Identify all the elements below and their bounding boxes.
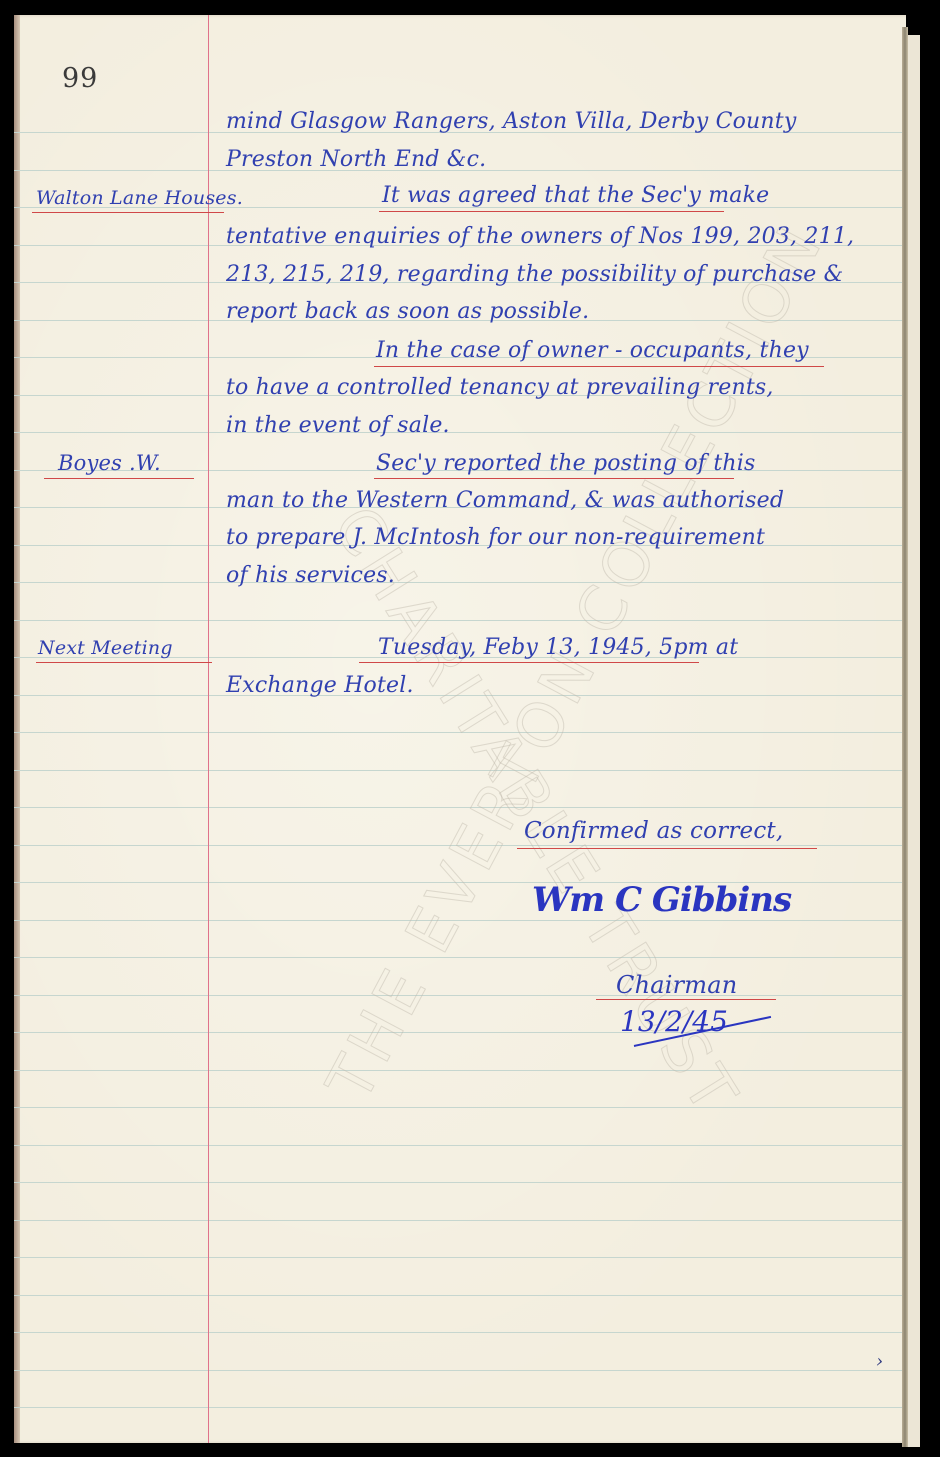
entry-line: to prepare J. McIntosh for our non-requi… xyxy=(226,527,765,549)
side-heading-walton-lane-houses: Walton Lane Houses. xyxy=(36,189,243,208)
entry-line: mind Glasgow Rangers, Aston Villa, Derby… xyxy=(226,111,796,133)
entry-underline xyxy=(379,211,724,212)
entry-underline xyxy=(359,662,699,663)
rule-line xyxy=(14,920,902,921)
rule-line xyxy=(14,1257,902,1258)
rule-line xyxy=(14,1370,902,1371)
entry-line: to have a controlled tenancy at prevaili… xyxy=(226,377,774,399)
rule-line xyxy=(14,695,902,696)
entry-line: of his services. xyxy=(226,565,395,587)
entry-line: Preston North End &c. xyxy=(226,149,486,171)
entry-line: Exchange Hotel. xyxy=(226,675,414,697)
rule-line xyxy=(14,582,902,583)
side-heading-underline xyxy=(32,212,224,213)
chairman-underline xyxy=(596,999,776,1000)
rule-line xyxy=(14,620,902,621)
rule-line xyxy=(14,1070,902,1071)
rule-line xyxy=(14,957,902,958)
entry-line: Sec'y reported the posting of this xyxy=(376,453,755,475)
entry-line: tentative enquiries of the owners of Nos… xyxy=(226,226,854,248)
rule-line xyxy=(14,995,902,996)
stray-ink-mark: › xyxy=(876,1351,883,1372)
entry-line: Tuesday, Feby 13, 1945, 5pm at xyxy=(378,637,738,659)
chairman-title: Chairman xyxy=(616,973,737,997)
confirmation-text: Confirmed as correct, xyxy=(524,820,783,843)
rule-line xyxy=(14,807,902,808)
page-number: 99 xyxy=(62,63,98,94)
rule-line xyxy=(14,732,902,733)
entry-underline xyxy=(374,366,824,367)
entry-line: It was agreed that the Sec'y make xyxy=(382,185,769,207)
rule-line xyxy=(14,1407,902,1408)
rule-line xyxy=(14,1107,902,1108)
confirmation-underline xyxy=(517,848,817,849)
watermark: THE EVERTON COLLECTION CHARITABLE TRUST xyxy=(124,445,884,1145)
side-heading-underline xyxy=(36,662,212,663)
entry-line: in the event of sale. xyxy=(226,415,450,437)
entry-line: In the case of owner - occupants, they xyxy=(376,340,809,362)
side-heading-underline xyxy=(44,478,194,479)
chairman-signature: Wm C Gibbins xyxy=(532,880,791,920)
rule-line xyxy=(14,1220,902,1221)
entry-line: man to the Western Command, & was author… xyxy=(226,490,784,512)
entry-line: 213, 215, 219, regarding the possibility… xyxy=(226,264,843,286)
page-edge xyxy=(14,15,20,1443)
rule-line xyxy=(14,1182,902,1183)
side-heading-boyes-w: Boyes .W. xyxy=(58,453,161,474)
adjacent-page-edge xyxy=(908,35,920,1447)
rule-line xyxy=(14,1145,902,1146)
rule-line xyxy=(14,1295,902,1296)
signature-date: 13/2/45 xyxy=(620,1005,728,1038)
rule-line xyxy=(14,1032,902,1033)
entry-underline xyxy=(374,478,734,479)
rule-line xyxy=(14,845,902,846)
side-heading-next-meeting: Next Meeting xyxy=(38,639,173,658)
entry-line: report back as soon as possible. xyxy=(226,301,589,323)
red-margin-line xyxy=(208,15,209,1443)
rule-line xyxy=(14,770,902,771)
rule-line xyxy=(14,432,902,433)
ledger-page: 99 THE EVERTON COLLECTION CHARITABLE TRU… xyxy=(14,15,906,1443)
rule-line xyxy=(14,1332,902,1333)
